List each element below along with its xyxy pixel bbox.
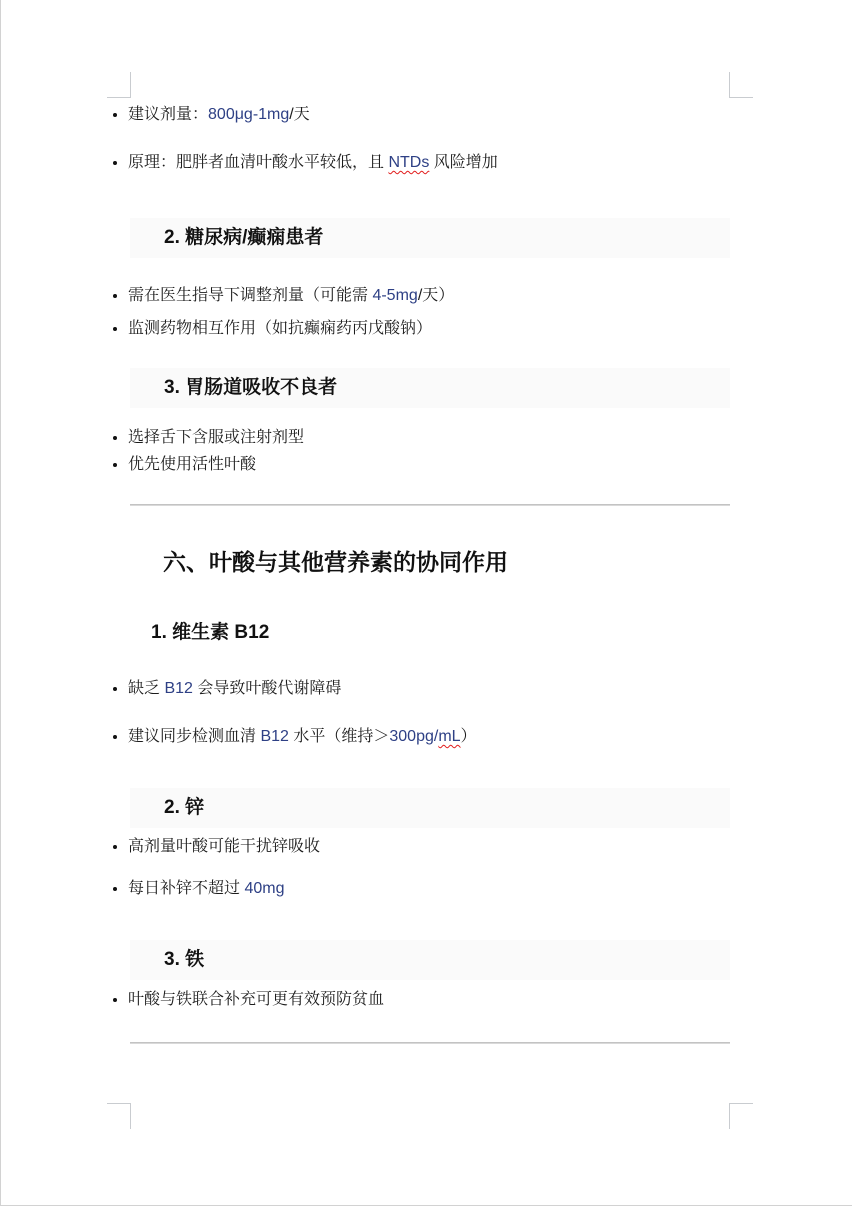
list-item-text: 缺乏 B12 会导致叶酸代谢障碍 bbox=[128, 680, 341, 697]
list-item: 原理：肥胖者血清叶酸水平较低，且 NTDs 风险增加 bbox=[111, 152, 731, 173]
bullet-list-b12: 缺乏 B12 会导致叶酸代谢障碍 建议同步检测血清 B12 水平（维持＞300p… bbox=[111, 678, 731, 747]
bullet-list-diabetes: 需在医生指导下调整剂量（可能需 4-5mg/天） 监测药物相互作用（如抗癫痫药丙… bbox=[111, 285, 731, 339]
document-page[interactable]: 建议剂量：800μg-1mg/天 原理：肥胖者血清叶酸水平较低，且 NTDs 风… bbox=[0, 0, 852, 1206]
list-item-text: 每日补锌不超过 40mg bbox=[128, 880, 284, 897]
bullet-list-iron: 叶酸与铁联合补充可更有效预防贫血 bbox=[111, 989, 731, 1010]
chapter-heading-synergy: 六、叶酸与其他营养素的协同作用 bbox=[163, 547, 731, 577]
list-item: 监测药物相互作用（如抗癫痫药丙戊酸钠） bbox=[111, 318, 731, 339]
list-item-text: 优先使用活性叶酸 bbox=[128, 456, 256, 473]
list-item: 建议剂量：800μg-1mg/天 bbox=[111, 104, 731, 125]
crop-mark-bottom-right bbox=[729, 1103, 753, 1129]
section-heading-diabetes: 2. 糖尿病/癫痫患者 bbox=[130, 218, 730, 258]
bullet-list-zinc: 高剂量叶酸可能干扰锌吸收 每日补锌不超过 40mg bbox=[111, 836, 731, 899]
list-item: 每日补锌不超过 40mg bbox=[111, 878, 731, 899]
list-item-text: 监测药物相互作用（如抗癫痫药丙戊酸钠） bbox=[128, 320, 432, 337]
list-item: 缺乏 B12 会导致叶酸代谢障碍 bbox=[111, 678, 731, 699]
horizontal-rule bbox=[130, 504, 730, 506]
document-content: 建议剂量：800μg-1mg/天 原理：肥胖者血清叶酸水平较低，且 NTDs 风… bbox=[111, 0, 731, 1044]
section-heading-gi: 3. 胃肠道吸收不良者 bbox=[130, 368, 730, 408]
crop-mark-top-right bbox=[729, 72, 753, 98]
list-item: 叶酸与铁联合补充可更有效预防贫血 bbox=[111, 989, 731, 1010]
list-item-text: 选择舌下含服或注射剂型 bbox=[128, 429, 304, 446]
crop-mark-bottom-left bbox=[107, 1103, 131, 1129]
list-item-text: 叶酸与铁联合补充可更有效预防贫血 bbox=[128, 991, 384, 1008]
list-item: 选择舌下含服或注射剂型 bbox=[111, 427, 731, 448]
section-heading-zinc: 2. 锌 bbox=[130, 788, 730, 828]
list-item: 优先使用活性叶酸 bbox=[111, 454, 731, 475]
list-item-text: 建议剂量：800μg-1mg/天 bbox=[128, 106, 310, 123]
bullet-list-intro: 建议剂量：800μg-1mg/天 原理：肥胖者血清叶酸水平较低，且 NTDs 风… bbox=[111, 104, 731, 173]
bullet-list-gi: 选择舌下含服或注射剂型 优先使用活性叶酸 bbox=[111, 427, 731, 475]
list-item: 高剂量叶酸可能干扰锌吸收 bbox=[111, 836, 731, 857]
list-item: 需在医生指导下调整剂量（可能需 4-5mg/天） bbox=[111, 285, 731, 306]
horizontal-rule bbox=[130, 1042, 730, 1044]
list-item-text: 高剂量叶酸可能干扰锌吸收 bbox=[128, 838, 320, 855]
list-item-text: 原理：肥胖者血清叶酸水平较低，且 NTDs 风险增加 bbox=[128, 154, 498, 171]
section-heading-b12: 1. 维生素 B12 bbox=[151, 620, 731, 646]
section-heading-iron: 3. 铁 bbox=[130, 940, 730, 980]
list-item-text: 建议同步检测血清 B12 水平（维持＞300pg/mL） bbox=[128, 728, 477, 745]
list-item-text: 需在医生指导下调整剂量（可能需 4-5mg/天） bbox=[128, 287, 454, 304]
list-item: 建议同步检测血清 B12 水平（维持＞300pg/mL） bbox=[111, 726, 731, 747]
